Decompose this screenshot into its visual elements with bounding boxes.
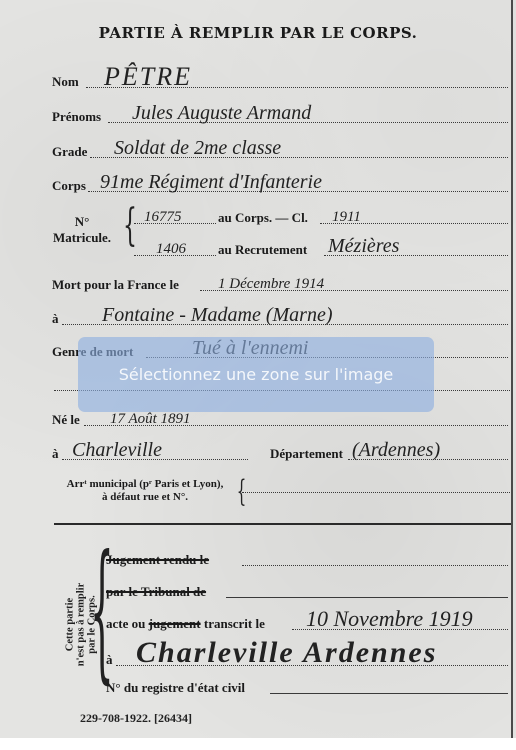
field-nom: Nom PÊTRE bbox=[52, 70, 508, 92]
field-tribunal: par le Tribunal de bbox=[106, 580, 508, 602]
lieu-naissance-label: à bbox=[52, 446, 59, 462]
registre-label: N° du registre d'état civil bbox=[106, 680, 245, 696]
field-mort-pour-la-france: Mort pour la France le 1 Décembre 1914 bbox=[52, 273, 508, 295]
tribunal-label: par le Tribunal de bbox=[106, 584, 206, 600]
field-transcrit-lieu: à Charleville Ardennes bbox=[106, 640, 508, 670]
acte-label: acte ou jugement transcrit le bbox=[106, 616, 265, 632]
jugement-rendu-label: Jugement rendu le bbox=[106, 552, 209, 568]
field-acte-transcrit: acte ou jugement transcrit le 10 Novembr… bbox=[106, 612, 508, 634]
au-recrutement-label: au Recrutement bbox=[218, 242, 307, 258]
mort-label: Mort pour la France le bbox=[52, 277, 179, 293]
arr-municipal-label: Arrᵗ municipal (pʳ Paris et Lyon), à déf… bbox=[52, 478, 238, 504]
departement-value: (Ardennes) bbox=[352, 439, 440, 462]
mort-date: 1 Décembre 1914 bbox=[218, 276, 324, 293]
corps-label: Corps bbox=[52, 178, 86, 194]
section-divider bbox=[54, 523, 511, 525]
grade-label: Grade bbox=[52, 144, 87, 160]
field-matricule-recrutement: 1406 au Recrutement Mézières bbox=[134, 238, 508, 260]
print-reference: 229-708-1922. [26434] bbox=[80, 711, 192, 726]
departement-label: Département bbox=[270, 446, 343, 462]
nom-label: Nom bbox=[52, 74, 79, 90]
field-lieu-naissance: à Charleville Département (Ardennes) bbox=[52, 442, 508, 464]
select-zone-text: Sélectionnez une zone sur l'image bbox=[119, 365, 394, 384]
au-corps-label: au Corps. — Cl. bbox=[218, 210, 308, 226]
page-edge bbox=[511, 0, 513, 738]
field-jugement-rendu: Jugement rendu le bbox=[106, 548, 508, 570]
document-image[interactable]: PARTIE À REMPLIR PAR LE CORPS. Nom PÊTRE… bbox=[0, 0, 516, 738]
field-corps: Corps 91me Régiment d'Infanterie bbox=[52, 174, 508, 196]
lieu-deces-value: Fontaine - Madame (Marne) bbox=[102, 304, 333, 327]
field-prenoms: Prénoms Jules Auguste Armand bbox=[52, 105, 508, 127]
transcrit-a-label: à bbox=[106, 652, 113, 668]
prenoms-label: Prénoms bbox=[52, 109, 101, 125]
registre-line bbox=[270, 693, 508, 694]
transcrit-lieu: Charleville Ardennes bbox=[136, 636, 437, 670]
select-zone-prompt[interactable]: Sélectionnez une zone sur l'image bbox=[78, 337, 434, 412]
field-matricule-corps: 16775 au Corps. — Cl. 1911 bbox=[134, 206, 508, 228]
dotted-line bbox=[242, 565, 508, 566]
field-lieu-deces: à Fontaine - Madame (Marne) bbox=[52, 307, 508, 329]
recrutement-number: 1406 bbox=[156, 241, 186, 258]
matricule-corps-number: 16775 bbox=[144, 209, 182, 226]
corps-value: 91me Régiment d'Infanterie bbox=[100, 171, 322, 194]
transcrit-date: 10 Novembre 1919 bbox=[306, 606, 473, 632]
field-registre: N° du registre d'état civil bbox=[106, 676, 508, 698]
matricule-label: N° Matricule. bbox=[52, 214, 112, 246]
lieu-naissance-value: Charleville bbox=[72, 439, 162, 462]
grade-value: Soldat de 2me classe bbox=[114, 137, 281, 160]
nom-value: PÊTRE bbox=[104, 62, 192, 92]
field-grade: Grade Soldat de 2me classe bbox=[52, 140, 508, 162]
classe-value: 1911 bbox=[332, 209, 361, 226]
arr-municipal-line bbox=[242, 492, 510, 493]
recrutement-value: Mézières bbox=[328, 235, 399, 258]
form-title: PARTIE À REMPLIR PAR LE CORPS. bbox=[0, 24, 516, 42]
ne-le-value: 17 Août 1891 bbox=[110, 411, 191, 428]
ne-le-label: Né le bbox=[52, 412, 80, 428]
lieu-deces-label: à bbox=[52, 311, 59, 327]
dotted-line bbox=[226, 597, 508, 598]
prenoms-value: Jules Auguste Armand bbox=[132, 102, 311, 125]
